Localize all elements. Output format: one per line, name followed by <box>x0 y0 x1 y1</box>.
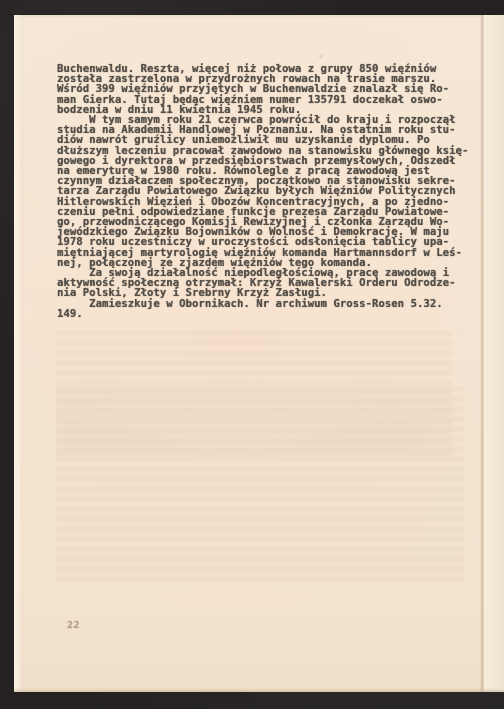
document-page: Buchenwaldu. Reszta, więcej niż połowa z… <box>14 15 504 692</box>
page-number: 22 <box>67 620 80 631</box>
page-top-edge <box>14 15 504 18</box>
page-left-edge <box>14 15 23 692</box>
page-bottom-edge <box>14 688 504 692</box>
bleed-through-overlay <box>56 387 464 585</box>
typewritten-body-text: Buchenwaldu. Reszta, więcej niż połowa z… <box>57 64 487 319</box>
scan-background: { "page": { "page_number": "22", "body_l… <box>0 0 504 709</box>
ink-stain <box>91 282 94 285</box>
next-page-edge <box>484 15 504 692</box>
paper-stain <box>319 55 323 58</box>
